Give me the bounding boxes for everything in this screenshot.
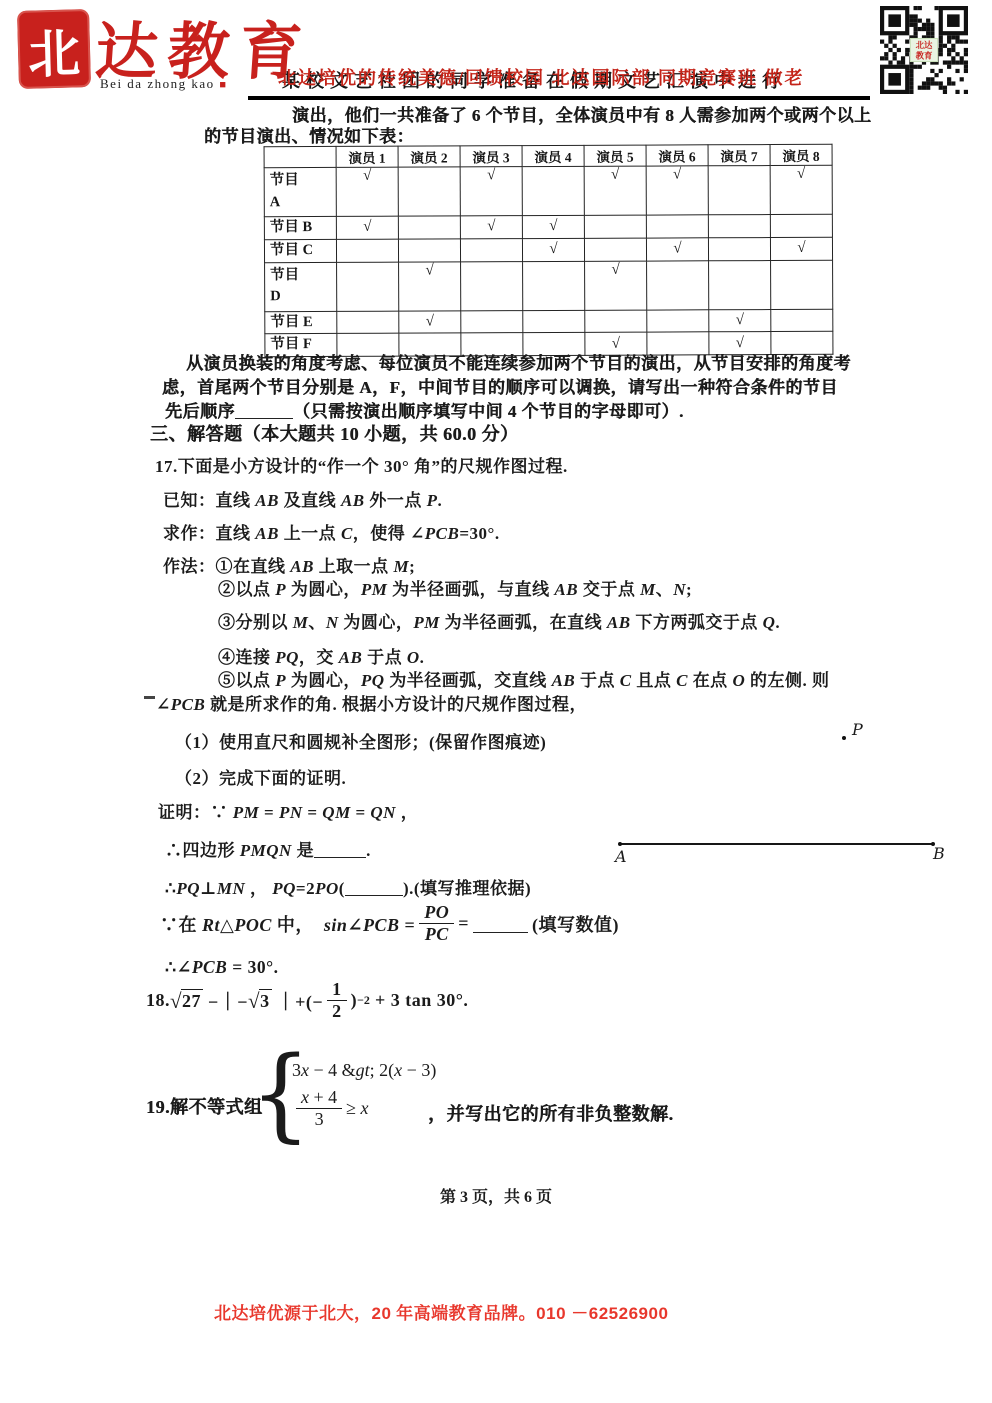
answer-blank <box>345 878 403 896</box>
fraction-po-pc: POPC <box>419 903 454 945</box>
q17-part1: （1）使用直尺和圆规补全图形；(保留作图痕迹) <box>175 728 546 753</box>
table-cell <box>398 239 460 262</box>
col-header-actor-7: 演员 7 <box>708 145 770 166</box>
table-cell: √ <box>336 216 398 239</box>
radical-sign: √ <box>248 989 260 1014</box>
table-cell <box>708 215 770 238</box>
table-cell: √ <box>522 238 584 261</box>
q19-lead: 19.解不等式组 <box>146 1093 263 1119</box>
table-cell <box>523 261 585 310</box>
table-cell <box>461 261 523 310</box>
q19-tail: ，并写出它的所有非负整数解. <box>428 1100 674 1126</box>
line-ab <box>620 843 934 845</box>
col-header-actor-2: 演员 2 <box>398 146 460 167</box>
table-cell: √ <box>709 309 771 332</box>
point-p-label: P <box>852 720 863 739</box>
table-cell: √ <box>770 165 832 214</box>
exam-page: 北 达教育 Bei da zhong kao ■ 北达教育 某校文艺社团的同学准… <box>0 0 992 1403</box>
qr-code: 北达教育 <box>880 6 968 99</box>
header-rule <box>248 96 870 100</box>
q17-step4: ④连接 PQ，交 AB 于点 O. <box>218 643 424 668</box>
table-cell: √ <box>399 310 461 333</box>
table-cell <box>708 166 770 215</box>
table-cell <box>337 262 399 311</box>
table-cell <box>460 238 522 261</box>
col-header-actor-4: 演员 4 <box>522 145 584 166</box>
section-heading: 三、解答题（本大题共 10 小题，共 60.0 分） <box>150 420 519 446</box>
q16-line3: 先后顺序（只需按演出顺序填写中间 4 个节目的字母即可）. <box>165 397 684 422</box>
table-cell: √ <box>399 261 461 310</box>
stem-line3: 的节目演出、情况如下表： <box>204 122 414 147</box>
table-cell: √ <box>585 261 647 310</box>
table-cell <box>398 216 460 239</box>
table-cell: √ <box>584 166 646 215</box>
table-cell <box>522 166 584 215</box>
svg-text:北达: 北达 <box>916 40 933 50</box>
table-cell <box>584 215 646 238</box>
table-cell <box>337 311 399 334</box>
table-cell <box>646 215 708 238</box>
q16-line1: 从演员换装的角度考虑、每位演员不能连续参加两个节目的演出，从节目安排的角度考 <box>186 349 851 374</box>
table-cell: √ <box>522 215 584 238</box>
q17-proof1: 证明：∵ PM = PN = QM = QN ， <box>158 798 418 823</box>
q17-step2: ②以点 P 为圆心，PM 为半径画弧，与直线 AB 交于点 M、N; <box>218 575 692 600</box>
point-a-label: A <box>615 847 627 866</box>
col-header-actor-5: 演员 5 <box>584 145 646 166</box>
col-header-actor-6: 演员 6 <box>646 145 708 166</box>
red-watermark-text: 北达培优的传统美德/回馈校园 北达国际部 同期竞赛班 做老 <box>278 64 805 90</box>
answer-blank <box>473 914 528 933</box>
answer-blank <box>235 401 293 419</box>
brand-seal-logo: 北 <box>17 9 91 89</box>
table-cell: √ <box>646 238 708 261</box>
q17-proof4: ∵在 Rt△POC 中， sin∠PCB = POPC = (填写数值) <box>160 903 619 945</box>
row-label-program: 节目 B <box>264 216 336 239</box>
page-number: 第 3 页，共 6 页 <box>0 1184 992 1207</box>
red-square-icon: ■ <box>219 79 227 91</box>
table-cell <box>585 310 647 333</box>
q17-step3: ③分别以 M、N 为圆心，PM 为半径画弧，在直线 AB 下方两弧交于点 Q. <box>218 608 780 633</box>
q17-step5: ⑤以点 P 为圆心，PQ 为半径画弧，交直线 AB 于点 C 且点 C 在点 O… <box>218 666 829 691</box>
table-cell: √ <box>646 166 708 215</box>
brand-subtitle: Bei da zhong kao ■ <box>100 76 228 92</box>
row-label-program: 节目 E <box>265 311 337 334</box>
col-header-actor-8: 演员 8 <box>770 144 832 165</box>
table-cell <box>461 310 523 333</box>
table-cell <box>336 239 398 262</box>
table-cell: √ <box>460 216 522 239</box>
fraction-x4-3: x + 43 <box>296 1088 342 1130</box>
q16-line2: 虑，首尾两个节目分别是 A，F，中间节目的顺序可以调换，请写出一种符合条件的节目 <box>162 373 838 398</box>
col-header-actor-3: 演员 3 <box>460 146 522 167</box>
svg-text:教育: 教育 <box>915 50 933 60</box>
table-cell <box>709 260 771 309</box>
q18-expression: 18. √27 −｜− √3 ｜+(− 12 )−2 + 3 tan 30°. <box>146 980 468 1022</box>
row-label-program: 节目D <box>265 262 337 311</box>
program-actor-table: 演员 1演员 2演员 3演员 4演员 5演员 6演员 7演员 8节目A√√√√√… <box>264 144 834 357</box>
q17-given: 已知：直线 AB 及直线 AB 外一点 P. <box>163 486 442 511</box>
margin-dash-mark <box>144 696 155 699</box>
table-cell: √ <box>460 167 522 216</box>
row-label-program: 节目 C <box>264 239 336 262</box>
table-cell <box>398 167 460 216</box>
table-cell: √ <box>770 237 832 260</box>
col-header-empty <box>264 146 336 167</box>
table-cell <box>647 309 709 332</box>
q17-proof2: ∴四边形 PMQN 是. <box>165 836 371 861</box>
table-cell <box>523 310 585 333</box>
q17-step5b: ∠PCB 就是所求作的角. 根据小方设计的尺规作图过程， <box>156 690 587 715</box>
q17-part2: （2）完成下面的证明. <box>175 764 346 789</box>
table-cell: √ <box>336 167 398 216</box>
q17-intro: 17.下面是小方设计的“作一个 30° 角”的尺规作图过程. <box>155 452 568 477</box>
point-b-label: B <box>933 844 945 863</box>
table-cell <box>708 237 770 260</box>
q17-proof3: ∴PQ⊥MN ， PQ=2PO().(填写推理依据) <box>165 874 531 899</box>
row-label-program: 节目A <box>264 167 336 216</box>
table-cell <box>770 214 832 237</box>
q17-step1: 作法：①在直线 AB 上取一点 M; <box>163 552 415 577</box>
seal-character: 北 <box>27 11 81 87</box>
radical-sign: √ <box>170 989 182 1014</box>
table-cell <box>771 309 833 332</box>
table-cell <box>647 260 709 309</box>
q19-inequality2: x + 43 ≥ x <box>292 1088 369 1130</box>
header-overlap-line: 某校文艺社团的同学准备在假期文艺汇演中进行 北达培优的传统美德/回馈校园 北达国… <box>278 64 858 94</box>
q19-inequality1: 3x − 4 &gt; 2(x − 3) <box>292 1060 436 1081</box>
exponent: −2 <box>357 993 370 1008</box>
answer-blank <box>314 840 366 858</box>
table-cell <box>771 260 833 309</box>
q17-conclusion: ∴∠PCB = 30°. <box>165 957 278 978</box>
point-p-dot <box>842 736 846 740</box>
q17-goal: 求作：直线 AB 上一点 C，使得 ∠PCB=30°. <box>163 519 500 544</box>
promo-footer: 北达培优源于北大，20 年高端教育品牌。010 －62526900 <box>214 1299 668 1324</box>
table-cell <box>584 238 646 261</box>
col-header-actor-1: 演员 1 <box>336 146 398 167</box>
point-a-dot <box>618 842 622 846</box>
fraction-one-half: 12 <box>327 980 347 1022</box>
